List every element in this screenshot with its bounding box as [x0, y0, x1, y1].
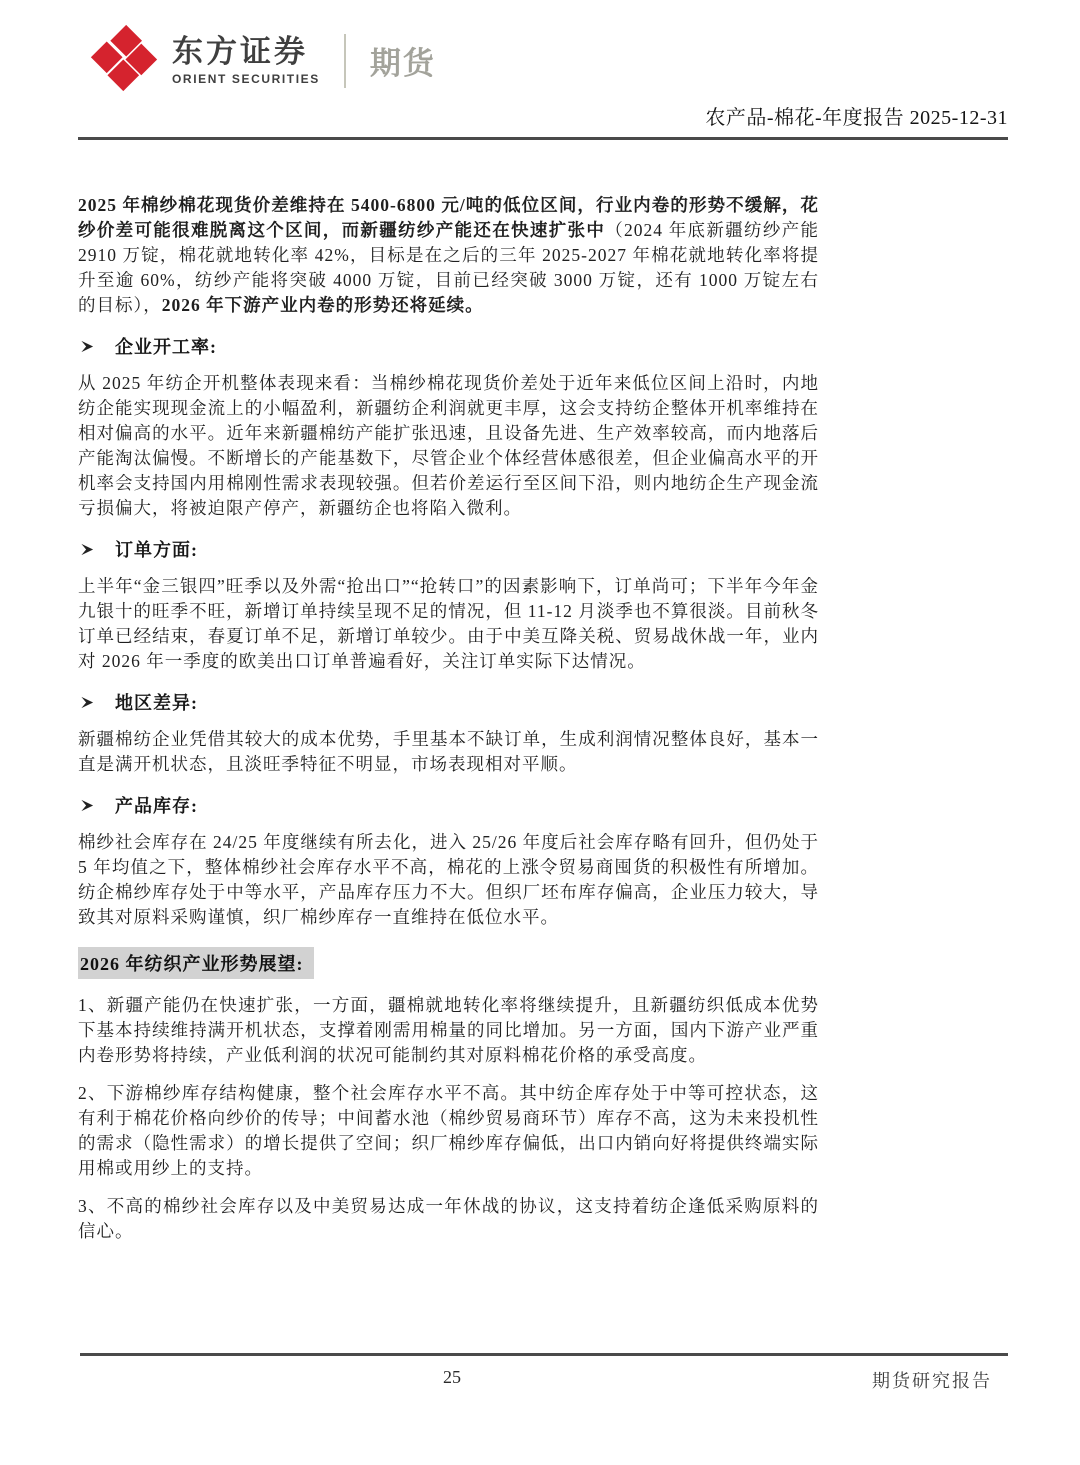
outlook-paragraph-2: 2、下游棉纱库存结构健康，整个社会库存水平不高。其中纺企库存处于中等可控状态，这… — [78, 1081, 819, 1181]
brand-name-en: ORIENT SECURITIES — [172, 72, 320, 86]
outlook-paragraph-1: 1、新疆产能仍在快速扩张，一方面，疆棉就地转化率将继续提升，且新疆纺织低成本优势… — [78, 993, 819, 1068]
outlook-heading: 2026 年纺织产业形势展望: — [78, 947, 819, 979]
page-number: 25 — [443, 1367, 461, 1388]
arrow-bullet-icon — [80, 798, 95, 813]
division-label: 期货 — [370, 38, 436, 83]
intro-bold-tail: 2026 年下游产业内卷的形势还将延续。 — [162, 295, 484, 315]
brand-text: 东方证券 ORIENT SECURITIES — [172, 36, 320, 86]
intro-paragraph: 2025 年棉纱棉花现货价差维持在 5400-6800 元/吨的低位区间，行业内… — [78, 193, 819, 318]
outlook-paragraph-3: 3、不高的棉纱社会库存以及中美贸易达成一年休战的协议，这支持着纺企逢低采购原料的… — [78, 1194, 819, 1244]
arrow-bullet-icon — [80, 695, 95, 710]
page-footer: 25 期货研究报告 — [80, 1353, 1008, 1406]
arrow-bullet-icon — [80, 339, 95, 354]
section-paragraph-orders: 上半年“金三银四”旺季以及外需“抢出口”“抢转口”的因素影响下，订单尚可；下半年… — [78, 574, 819, 674]
outlook-heading-highlight: 2026 年纺织产业形势展望: — [78, 947, 314, 979]
report-body: 2025 年棉纱棉花现货价差维持在 5400-6800 元/吨的低位区间，行业内… — [78, 193, 819, 1257]
section-heading-product-inventory: 产品库存: — [80, 792, 819, 818]
footer-report-type: 期货研究报告 — [872, 1367, 992, 1393]
section-paragraph-product-inventory: 棉纱社会库存在 24/25 年度继续有所去化，进入 25/26 年度后社会库存略… — [78, 830, 819, 930]
page-header: 东方证券 ORIENT SECURITIES 期货 农产品-棉花-年度报告 20… — [78, 0, 1008, 140]
report-title-date: 农产品-棉花-年度报告 2025-12-31 — [705, 101, 1008, 130]
report-page: 东方证券 ORIENT SECURITIES 期货 农产品-棉花-年度报告 20… — [0, 0, 1080, 1465]
section-heading-regional-difference: 地区差异: — [80, 689, 819, 715]
brand-divider — [344, 34, 346, 88]
orient-securities-logo-icon — [88, 22, 160, 99]
brand-name-cn: 东方证券 — [172, 36, 320, 67]
arrow-bullet-icon — [80, 542, 95, 557]
section-paragraph-regional-difference: 新疆棉纺企业凭借其较大的成本优势，手里基本不缺订单，生成利润情况整体良好，基本一… — [78, 727, 819, 777]
brand-block: 东方证券 ORIENT SECURITIES 期货 — [88, 22, 436, 99]
section-paragraph-operating-rate: 从 2025 年纺企开机整体表现来看：当棉纱棉花现货价差处于近年来低位区间上沿时… — [78, 371, 819, 521]
section-heading-orders: 订单方面: — [80, 536, 819, 562]
section-heading-operating-rate: 企业开工率: — [80, 333, 819, 359]
